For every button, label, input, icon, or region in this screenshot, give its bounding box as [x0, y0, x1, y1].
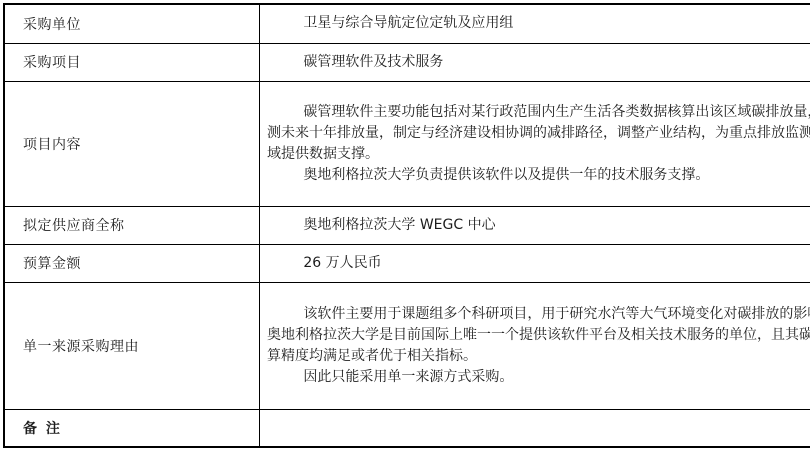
row-value-purchasing-project: 碳管理软件及技术服务 [260, 43, 810, 81]
row-label-single-source-reason: 单一来源采购理由 [4, 282, 260, 409]
table-row-remarks: 备 注 [4, 409, 810, 447]
row-value-budget-amount: 26 万人民币 [260, 244, 810, 282]
table-row-purchasing-project: 采购项目 碳管理软件及技术服务 [4, 43, 810, 81]
row-label-project-content: 项目内容 [4, 81, 260, 206]
row-value-proposed-supplier: 奥地利格拉茨大学 WEGC 中心 [260, 206, 810, 244]
row-label-proposed-supplier: 拟定供应商全称 [4, 206, 260, 244]
table-row-budget-amount: 预算金额 26 万人民币 [4, 244, 810, 282]
value-paragraph: 该软件主要用于课题组多个科研项目，用于研究水汽等大气环境变化对碳排放的影响。奥地… [267, 304, 810, 367]
document-page: 采购单位 卫星与综合导航定位定轨及应用组 采购项目 碳管理软件及技术服务 项目内… [0, 0, 810, 450]
value-text: 奥地利格拉茨大学 WEGC 中心 [267, 215, 810, 236]
value-paragraph: 碳管理软件主要功能包括对某行政范围内生产生活各类数据核算出该区域碳排放量，预测未… [267, 102, 810, 165]
row-label-remarks: 备 注 [4, 409, 260, 447]
value-paragraph: 因此只能采用单一来源方式采购。 [267, 367, 810, 388]
table-row-single-source-reason: 单一来源采购理由 该软件主要用于课题组多个科研项目，用于研究水汽等大气环境变化对… [4, 282, 810, 409]
table-row-proposed-supplier: 拟定供应商全称 奥地利格拉茨大学 WEGC 中心 [4, 206, 810, 244]
table-row-project-content: 项目内容 碳管理软件主要功能包括对某行政范围内生产生活各类数据核算出该区域碳排放… [4, 81, 810, 206]
row-value-single-source-reason: 该软件主要用于课题组多个科研项目，用于研究水汽等大气环境变化对碳排放的影响。奥地… [260, 282, 810, 409]
row-label-budget-amount: 预算金额 [4, 244, 260, 282]
row-value-purchasing-unit: 卫星与综合导航定位定轨及应用组 [260, 4, 810, 43]
procurement-table: 采购单位 卫星与综合导航定位定轨及应用组 采购项目 碳管理软件及技术服务 项目内… [3, 3, 810, 448]
value-text: 26 万人民币 [267, 253, 810, 274]
value-text: 卫星与综合导航定位定轨及应用组 [267, 13, 810, 34]
row-value-project-content: 碳管理软件主要功能包括对某行政范围内生产生活各类数据核算出该区域碳排放量，预测未… [260, 81, 810, 206]
row-label-purchasing-project: 采购项目 [4, 43, 260, 81]
row-label-purchasing-unit: 采购单位 [4, 4, 260, 43]
value-paragraph: 奥地利格拉茨大学负责提供该软件以及提供一年的技术服务支撑。 [267, 165, 810, 186]
row-value-remarks [260, 409, 810, 447]
value-text: 碳管理软件及技术服务 [267, 52, 810, 73]
table-row-purchasing-unit: 采购单位 卫星与综合导航定位定轨及应用组 [4, 4, 810, 43]
